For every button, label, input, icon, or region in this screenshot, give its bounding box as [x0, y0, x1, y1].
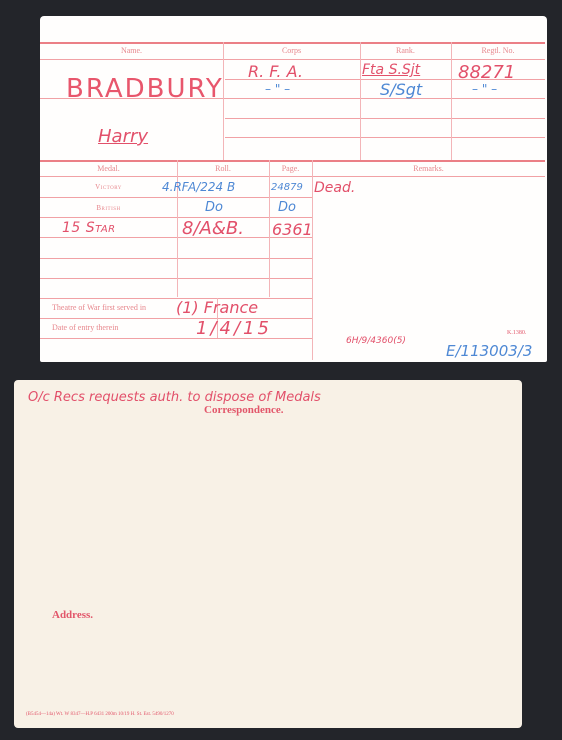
- regt-entry-1: 88271: [458, 62, 515, 83]
- regt-entry-2: – " –: [472, 82, 497, 96]
- roll-british: Do: [205, 200, 223, 215]
- corps-header: Corps: [223, 46, 360, 55]
- rule: [40, 197, 312, 198]
- rule: [451, 42, 452, 160]
- rule: [40, 258, 312, 259]
- page-header: Page.: [269, 164, 312, 173]
- entry-date-value: 1/4/15: [196, 318, 272, 339]
- surname: BRADBURY: [66, 74, 224, 104]
- medal-british: British: [40, 204, 177, 212]
- correspondence-note: O/c Recs requests auth. to dispose of Me…: [28, 390, 321, 405]
- rank-header: Rank.: [360, 46, 451, 55]
- remarks-victory: Dead.: [314, 180, 355, 196]
- medal-card-back: O/c Recs requests auth. to dispose of Me…: [14, 380, 522, 728]
- name-header: Name.: [40, 46, 223, 55]
- medal-card-front: Name. Corps Rank. Regtl. No. BRADBURY Ha…: [40, 16, 547, 362]
- ref-handwritten: 6H/9/4360(5): [346, 336, 406, 346]
- rule: [269, 160, 270, 297]
- page-british: Do: [278, 200, 296, 215]
- medal-star: 15 Star: [62, 220, 116, 236]
- rule: [40, 217, 312, 218]
- rule: [360, 42, 361, 160]
- file-reference: E/113003/3: [446, 342, 532, 360]
- theatre-value: (1) France: [176, 298, 258, 317]
- corps-entry-1: R. F. A.: [248, 62, 303, 81]
- entry-date-label: Date of entry therein: [52, 323, 118, 332]
- rule: [312, 160, 313, 360]
- printer-imprint: (B5454—14a) Wt. W 8347—H.P 6431 200m 10/…: [26, 712, 174, 717]
- medal-header: Medal.: [40, 164, 177, 173]
- rule: [40, 176, 545, 177]
- theatre-label: Theatre of War first served in: [52, 303, 146, 312]
- correspondence-label: Correspondence.: [204, 404, 284, 416]
- rule: [40, 42, 545, 44]
- roll-star: 8/A&B.: [182, 218, 244, 239]
- rule: [40, 59, 545, 60]
- form-number: K.1380.: [507, 330, 526, 336]
- roll-header: Roll.: [177, 164, 269, 173]
- regt-no-header: Regtl. No.: [451, 46, 545, 55]
- forename: Harry: [98, 126, 148, 147]
- remarks-header: Remarks.: [312, 164, 545, 173]
- address-label: Address.: [52, 609, 93, 621]
- medal-victory: Victory: [40, 183, 177, 191]
- rule: [225, 118, 545, 119]
- rule: [40, 278, 312, 279]
- rule: [40, 160, 545, 162]
- roll-victory: 4.RFA/224 B: [162, 180, 235, 194]
- corps-entry-2: – " –: [265, 82, 290, 96]
- rank-entry-2: S/Sgt: [380, 80, 422, 99]
- rank-entry-1: Fta S.Sjt: [362, 62, 420, 78]
- page-star: 6361: [272, 220, 313, 239]
- page-victory: 24879: [271, 182, 303, 193]
- rule: [225, 137, 545, 138]
